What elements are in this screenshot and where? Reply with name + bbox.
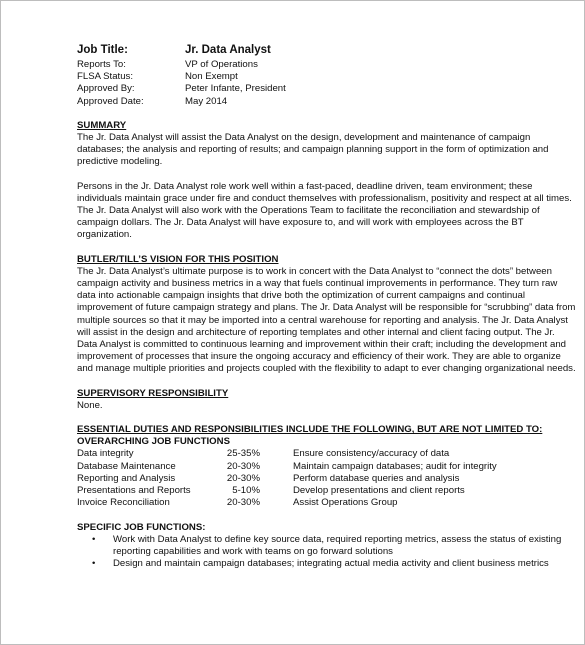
field-label: Reports To: (77, 59, 185, 71)
duties-heading: ESSENTIAL DUTIES AND RESPONSIBILITIES IN… (77, 424, 577, 436)
spacer (77, 412, 577, 424)
list-item-text: Design and maintain campaign databases; … (113, 558, 549, 569)
summary-paragraph: The Jr. Data Analyst will assist the Dat… (77, 132, 577, 169)
vision-heading: BUTLER/TILL’S VISION FOR THIS POSITION (77, 254, 577, 266)
field-value: VP of Operations (185, 59, 258, 71)
list-item: • Design and maintain campaign databases… (77, 558, 577, 570)
spacer (77, 242, 577, 254)
field-label: FLSA Status: (77, 71, 185, 83)
job-title-value: Jr. Data Analyst (185, 43, 271, 58)
field-value: May 2014 (185, 96, 227, 108)
spacer (77, 108, 577, 120)
document-content: Job Title: Jr. Data Analyst Reports To: … (77, 43, 577, 570)
list-item-text: Work with Data Analyst to define key sou… (113, 534, 561, 557)
function-row: Reporting and Analysis 20-30% Perform da… (77, 473, 577, 485)
spacer (77, 376, 577, 388)
bullet-icon: • (92, 534, 95, 546)
function-percent: 25-35% (220, 448, 260, 460)
vision-paragraph: The Jr. Data Analyst’s ultimate purpose … (77, 266, 577, 376)
field-value: Non Exempt (185, 71, 238, 83)
summary-paragraph: Persons in the Jr. Data Analyst role wor… (77, 181, 577, 242)
field-label: Approved Date: (77, 96, 185, 108)
supervisory-text: None. (77, 400, 577, 412)
specific-functions-list: • Work with Data Analyst to define key s… (77, 534, 577, 571)
function-description: Assist Operations Group (293, 497, 398, 509)
function-row: Presentations and Reports 5-10% Develop … (77, 485, 577, 497)
document-page: Job Title: Jr. Data Analyst Reports To: … (0, 0, 585, 645)
function-name: Invoice Reconciliation (77, 497, 220, 509)
function-row: Database Maintenance 20-30% Maintain cam… (77, 461, 577, 473)
summary-heading: SUMMARY (77, 120, 577, 132)
supervisory-heading: SUPERVISORY RESPONSIBILITY (77, 388, 577, 400)
approved-date-row: Approved Date: May 2014 (77, 96, 577, 108)
specific-heading: SPECIFIC JOB FUNCTIONS: (77, 522, 577, 534)
spacer (77, 510, 577, 522)
field-value: Peter Infante, President (185, 83, 286, 95)
functions-table: Data integrity 25-35% Ensure consistency… (77, 448, 577, 509)
function-description: Maintain campaign databases; audit for i… (293, 461, 497, 473)
job-title-row: Job Title: Jr. Data Analyst (77, 43, 577, 58)
job-title-label: Job Title: (77, 43, 185, 58)
function-row: Data integrity 25-35% Ensure consistency… (77, 448, 577, 460)
bullet-icon: • (92, 558, 95, 570)
list-item: • Work with Data Analyst to define key s… (77, 534, 577, 558)
function-name: Data integrity (77, 448, 220, 460)
flsa-status-row: FLSA Status: Non Exempt (77, 71, 577, 83)
function-percent: 20-30% (220, 473, 260, 485)
overarching-heading: OVERARCHING JOB FUNCTIONS (77, 436, 577, 448)
function-name: Presentations and Reports (77, 485, 220, 497)
reports-to-row: Reports To: VP of Operations (77, 59, 577, 71)
function-name: Reporting and Analysis (77, 473, 220, 485)
approved-by-row: Approved By: Peter Infante, President (77, 83, 577, 95)
function-name: Database Maintenance (77, 461, 220, 473)
function-description: Perform database queries and analysis (293, 473, 459, 485)
spacer (77, 169, 577, 181)
function-description: Ensure consistency/accuracy of data (293, 448, 449, 460)
function-row: Invoice Reconciliation 20-30% Assist Ope… (77, 497, 577, 509)
function-percent: 5-10% (220, 485, 260, 497)
function-percent: 20-30% (220, 461, 260, 473)
function-description: Develop presentations and client reports (293, 485, 465, 497)
field-label: Approved By: (77, 83, 185, 95)
function-percent: 20-30% (220, 497, 260, 509)
